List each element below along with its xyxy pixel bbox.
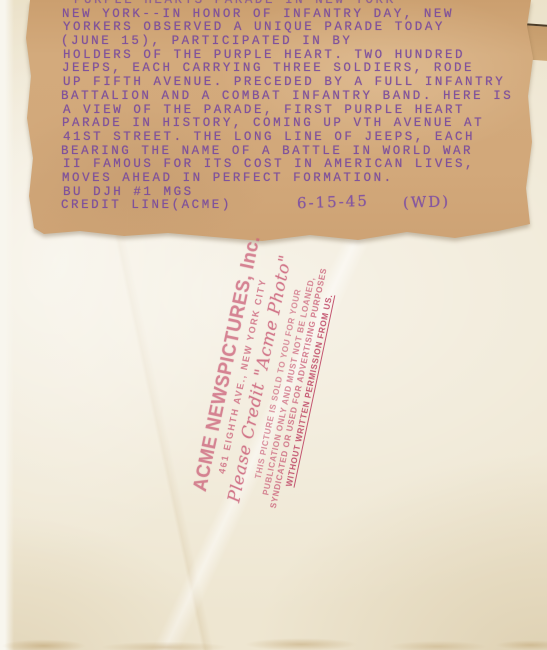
press-photo-back: PURPLE HEARTS PARADE IN NEW YORK NEW YOR… bbox=[0, 0, 547, 650]
caption-line: BATTALION AND A COMBAT INFANTRY BAND. HE… bbox=[61, 90, 536, 104]
credit-row: CREDIT LINE(ACME) 6-15-45 (WD) bbox=[61, 199, 536, 213]
caption-line: II FAMOUS FOR ITS COST IN AMERICAN LIVES… bbox=[63, 158, 538, 172]
caption-line: NEW YORK--IN HONOR OF INFANTRY DAY, NEW bbox=[62, 8, 537, 22]
caption-slip: PURPLE HEARTS PARADE IN NEW YORK NEW YOR… bbox=[0, 0, 547, 248]
aged-bottom-edge bbox=[0, 636, 547, 650]
caption-line: 41ST STREET. THE LONG LINE OF JEEPS, EAC… bbox=[63, 131, 538, 145]
credit-line-label: CREDIT LINE(ACME) bbox=[61, 198, 232, 212]
caption-line: A VIEW OF THE PARADE, FIRST PURPLE HEART bbox=[63, 104, 538, 118]
caption-line: HOLDERS OF THE PURPLE HEART. TWO HUNDRED bbox=[63, 49, 538, 63]
caption-line: (JUNE 15), PARTICIPATED IN BY bbox=[61, 35, 536, 49]
caption-line: YORKERS OBSERVED A UNIQUE PARADE TODAY bbox=[63, 21, 538, 35]
caption-line: PARADE IN HISTORY, COMING UP VTH AVENUE … bbox=[62, 117, 537, 131]
caption-line: MOVES AHEAD IN PERFECT FORMATION. bbox=[62, 172, 537, 186]
handwritten-date: 6-15-45 bbox=[297, 195, 369, 211]
typed-caption: PURPLE HEARTS PARADE IN NEW YORK NEW YOR… bbox=[62, 0, 537, 213]
caption-line: BEARING THE NAME OF A BATTLE IN WORLD WA… bbox=[61, 145, 536, 159]
caption-slip-wrapper: PURPLE HEARTS PARADE IN NEW YORK NEW YOR… bbox=[0, 0, 547, 250]
caption-line: UP FIFTH AVENUE. PRECEDED BY A FULL INFA… bbox=[63, 76, 538, 90]
caption-clipped-line: PURPLE HEARTS PARADE IN NEW YORK bbox=[74, 0, 547, 8]
handwritten-code: (WD) bbox=[403, 195, 451, 210]
acme-rubber-stamp: ACME NEWSPICTURES, Inc. 461 EIGHTH AVE.,… bbox=[189, 248, 341, 514]
caption-line: JEEPS, EACH CARRYING THREE SOLDIERS, ROD… bbox=[62, 62, 537, 76]
